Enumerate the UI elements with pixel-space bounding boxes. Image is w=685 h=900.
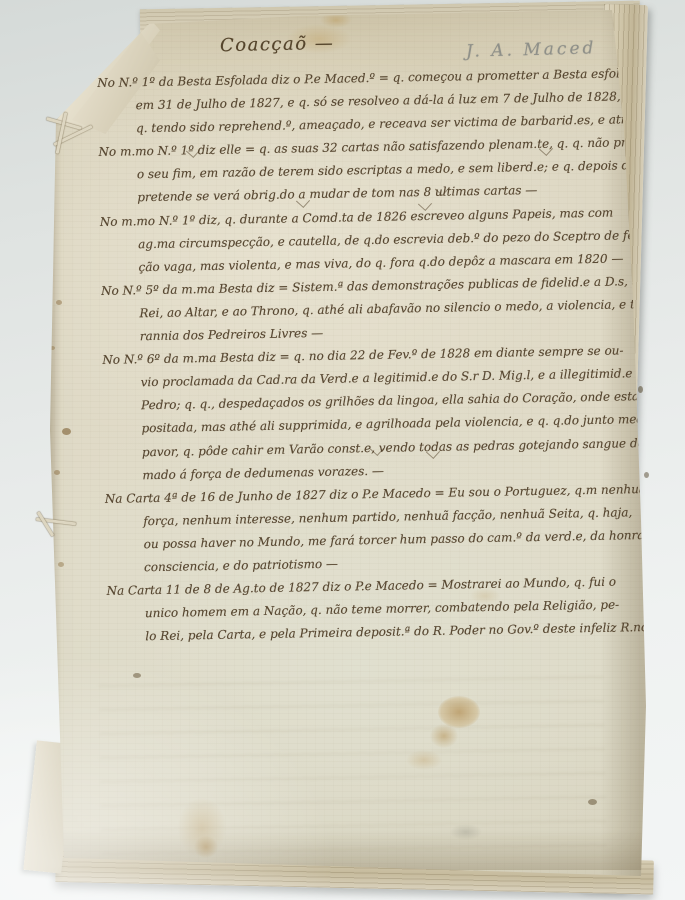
ink-speck xyxy=(58,562,64,567)
manuscript-title: Coacçaõ — xyxy=(220,33,335,56)
manuscript-paragraph: Na Carta 4ª de 16 de Junho de 1827 diz o… xyxy=(105,478,655,580)
pencil-inscription: J. A. Maced xyxy=(466,38,597,61)
photo-backdrop: Coacçaõ — J. A. Maced No N.º 1º da Besta… xyxy=(0,0,685,900)
manuscript-paragraph: No m.mo N.º 1º diz elle = q. as suas 32 … xyxy=(98,131,647,210)
ink-showthrough xyxy=(98,662,606,856)
ink-speck xyxy=(50,346,55,350)
edge-ink-mark xyxy=(638,386,643,393)
manuscript-paragraph: No m.mo N.º 1º diz, q. durante a Comd.ta… xyxy=(100,200,649,279)
left-edge-shading xyxy=(48,60,62,860)
manuscript-paragraph: No N.º 5º da m.ma Besta diz = Sistem.ª d… xyxy=(101,270,650,349)
manuscript-paragraph: Na Carta 11 de 8 de Ag.to de 1827 diz o … xyxy=(106,570,655,649)
ink-speck xyxy=(54,470,60,475)
manuscript-paragraph: No N.º 6º da m.ma Besta diz = q. no dia … xyxy=(102,339,652,488)
edge-ink-mark xyxy=(644,472,649,478)
ink-speck xyxy=(62,428,71,435)
manuscript-text: No N.º 1º da Besta Esfolada diz o P.e Ma… xyxy=(97,62,655,649)
manuscript-paragraph: No N.º 1º da Besta Esfolada diz o P.e Ma… xyxy=(97,62,646,141)
manuscript-page: Coacçaõ — J. A. Maced No N.º 1º da Besta… xyxy=(0,0,685,900)
ink-speck xyxy=(56,300,62,305)
binding-thread xyxy=(37,511,54,536)
